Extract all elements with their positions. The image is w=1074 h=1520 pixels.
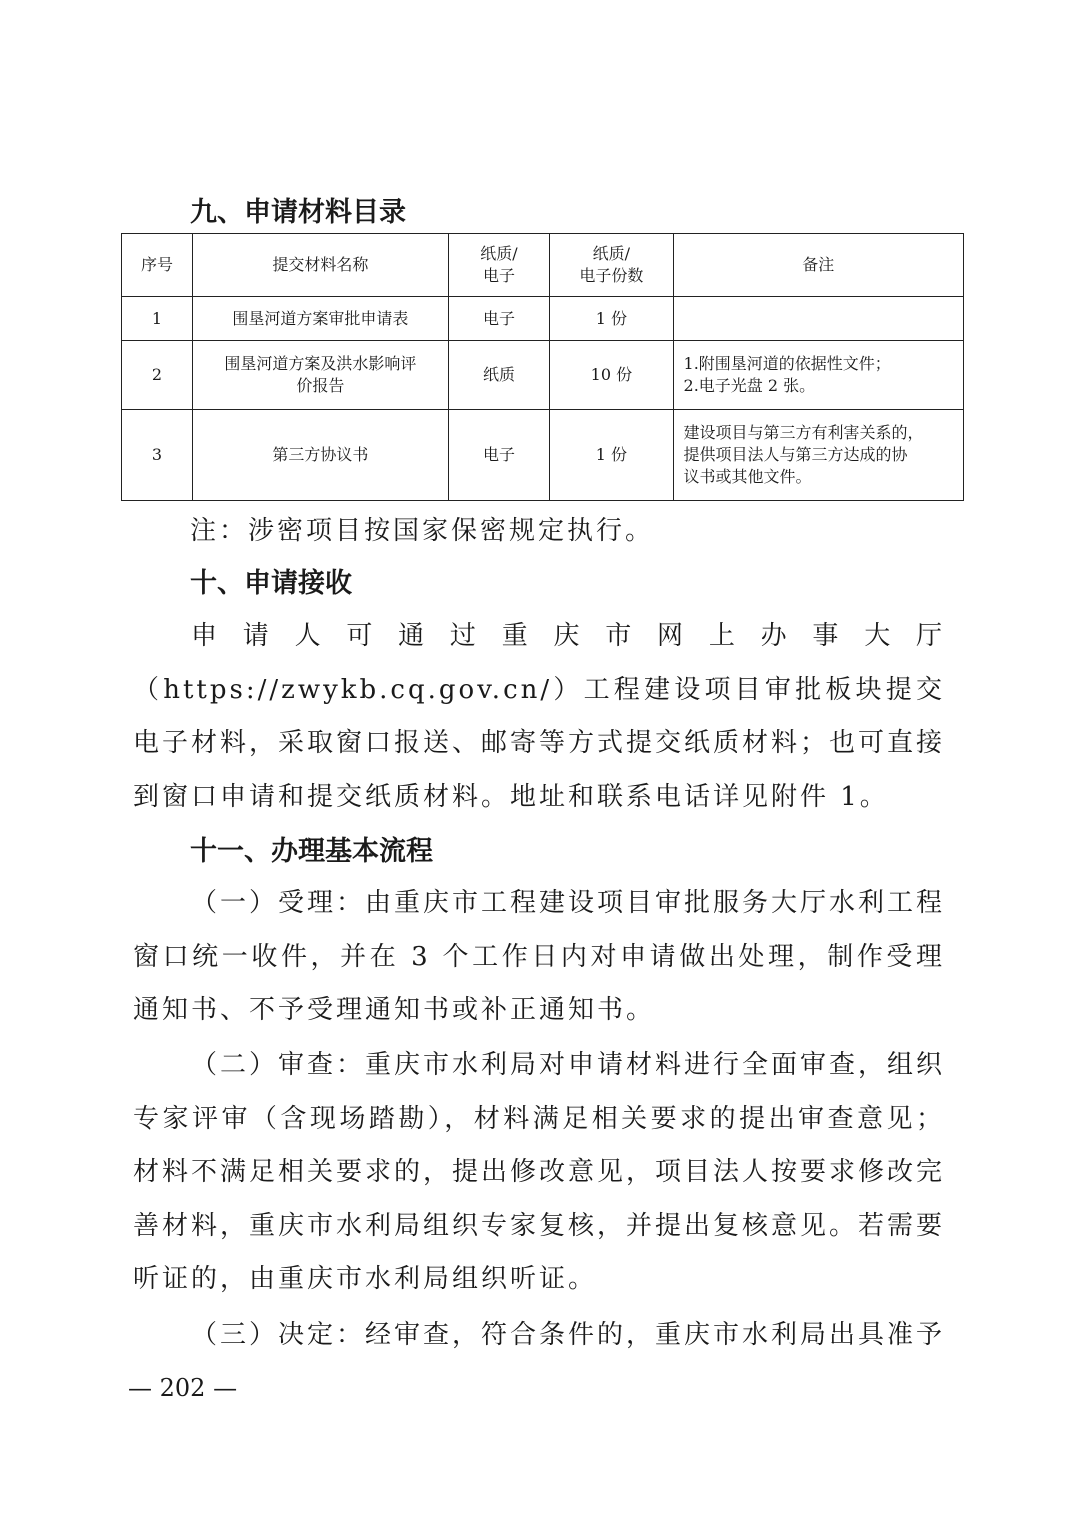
step-acceptance: （一）受理：由重庆市工程建设项目审批服务大厅水利工程窗口统一收件，并在 3 个工… [133, 877, 945, 1038]
cell-remark-line: 1.附围垦河道的依据性文件； [684, 353, 957, 375]
page-number: — 202 — [128, 1373, 237, 1403]
section10-paragraph: 申请人可通过重庆市网上办事大厅（https://zwykb.cq.gov.cn/… [133, 610, 945, 824]
header-copies: 纸质/ 电子份数 [550, 234, 673, 297]
cell-form: 纸质 [448, 341, 549, 410]
step-review: （二）审查：重庆市水利局对申请材料进行全面审查，组织专家评审（含现场踏勘），材料… [133, 1039, 945, 1307]
cell-remark-line: 2.电子光盘 2 张。 [684, 375, 957, 397]
header-copies-line1: 纸质/ [556, 243, 666, 265]
section9-heading: 九、申请材料目录 [190, 195, 406, 231]
header-copies-line2: 电子份数 [556, 265, 666, 287]
cell-copies: 10 份 [550, 341, 673, 410]
header-no: 序号 [122, 234, 193, 297]
cell-no: 3 [122, 410, 193, 501]
cell-copies: 1 份 [550, 297, 673, 341]
cell-name-line: 价报告 [199, 375, 442, 397]
cell-name: 围垦河道方案及洪水影响评 价报告 [192, 341, 448, 410]
cell-remark: 1.附围垦河道的依据性文件； 2.电子光盘 2 张。 [673, 341, 963, 410]
table-row: 2 围垦河道方案及洪水影响评 价报告 纸质 10 份 1.附围垦河道的依据性文件… [122, 341, 964, 410]
cell-no: 2 [122, 341, 193, 410]
cell-remark-line: 议书或其他文件。 [684, 466, 957, 488]
step-decision: （三）决定：经审查，符合条件的，重庆市水利局出具准予 [133, 1309, 945, 1363]
header-form: 纸质/ 电子 [448, 234, 549, 297]
cell-name-line: 围垦河道方案及洪水影响评 [199, 353, 442, 375]
section10-heading: 十、申请接收 [190, 566, 352, 602]
table-row: 1 围垦河道方案审批申请表 电子 1 份 [122, 297, 964, 341]
confidential-note: 注：涉密项目按国家保密规定执行。 [190, 513, 654, 549]
cell-form: 电子 [448, 297, 549, 341]
cell-name: 围垦河道方案审批申请表 [192, 297, 448, 341]
section11-heading: 十一、办理基本流程 [190, 834, 433, 870]
cell-remark [673, 297, 963, 341]
table-row: 3 第三方协议书 电子 1 份 建设项目与第三方有利害关系的， 提供项目法人与第… [122, 410, 964, 501]
materials-table: 序号 提交材料名称 纸质/ 电子 纸质/ 电子份数 备注 1 围垦河道方案审批申… [121, 233, 964, 501]
cell-name: 第三方协议书 [192, 410, 448, 501]
cell-no: 1 [122, 297, 193, 341]
header-form-line1: 纸质/ [455, 243, 543, 265]
cell-remark-line: 建设项目与第三方有利害关系的， [684, 422, 957, 444]
header-name: 提交材料名称 [192, 234, 448, 297]
header-form-line2: 电子 [455, 265, 543, 287]
header-remark: 备注 [673, 234, 963, 297]
cell-remark: 建设项目与第三方有利害关系的， 提供项目法人与第三方达成的协 议书或其他文件。 [673, 410, 963, 501]
cell-remark-line: 提供项目法人与第三方达成的协 [684, 444, 957, 466]
table-header-row: 序号 提交材料名称 纸质/ 电子 纸质/ 电子份数 备注 [122, 234, 964, 297]
cell-copies: 1 份 [550, 410, 673, 501]
cell-form: 电子 [448, 410, 549, 501]
